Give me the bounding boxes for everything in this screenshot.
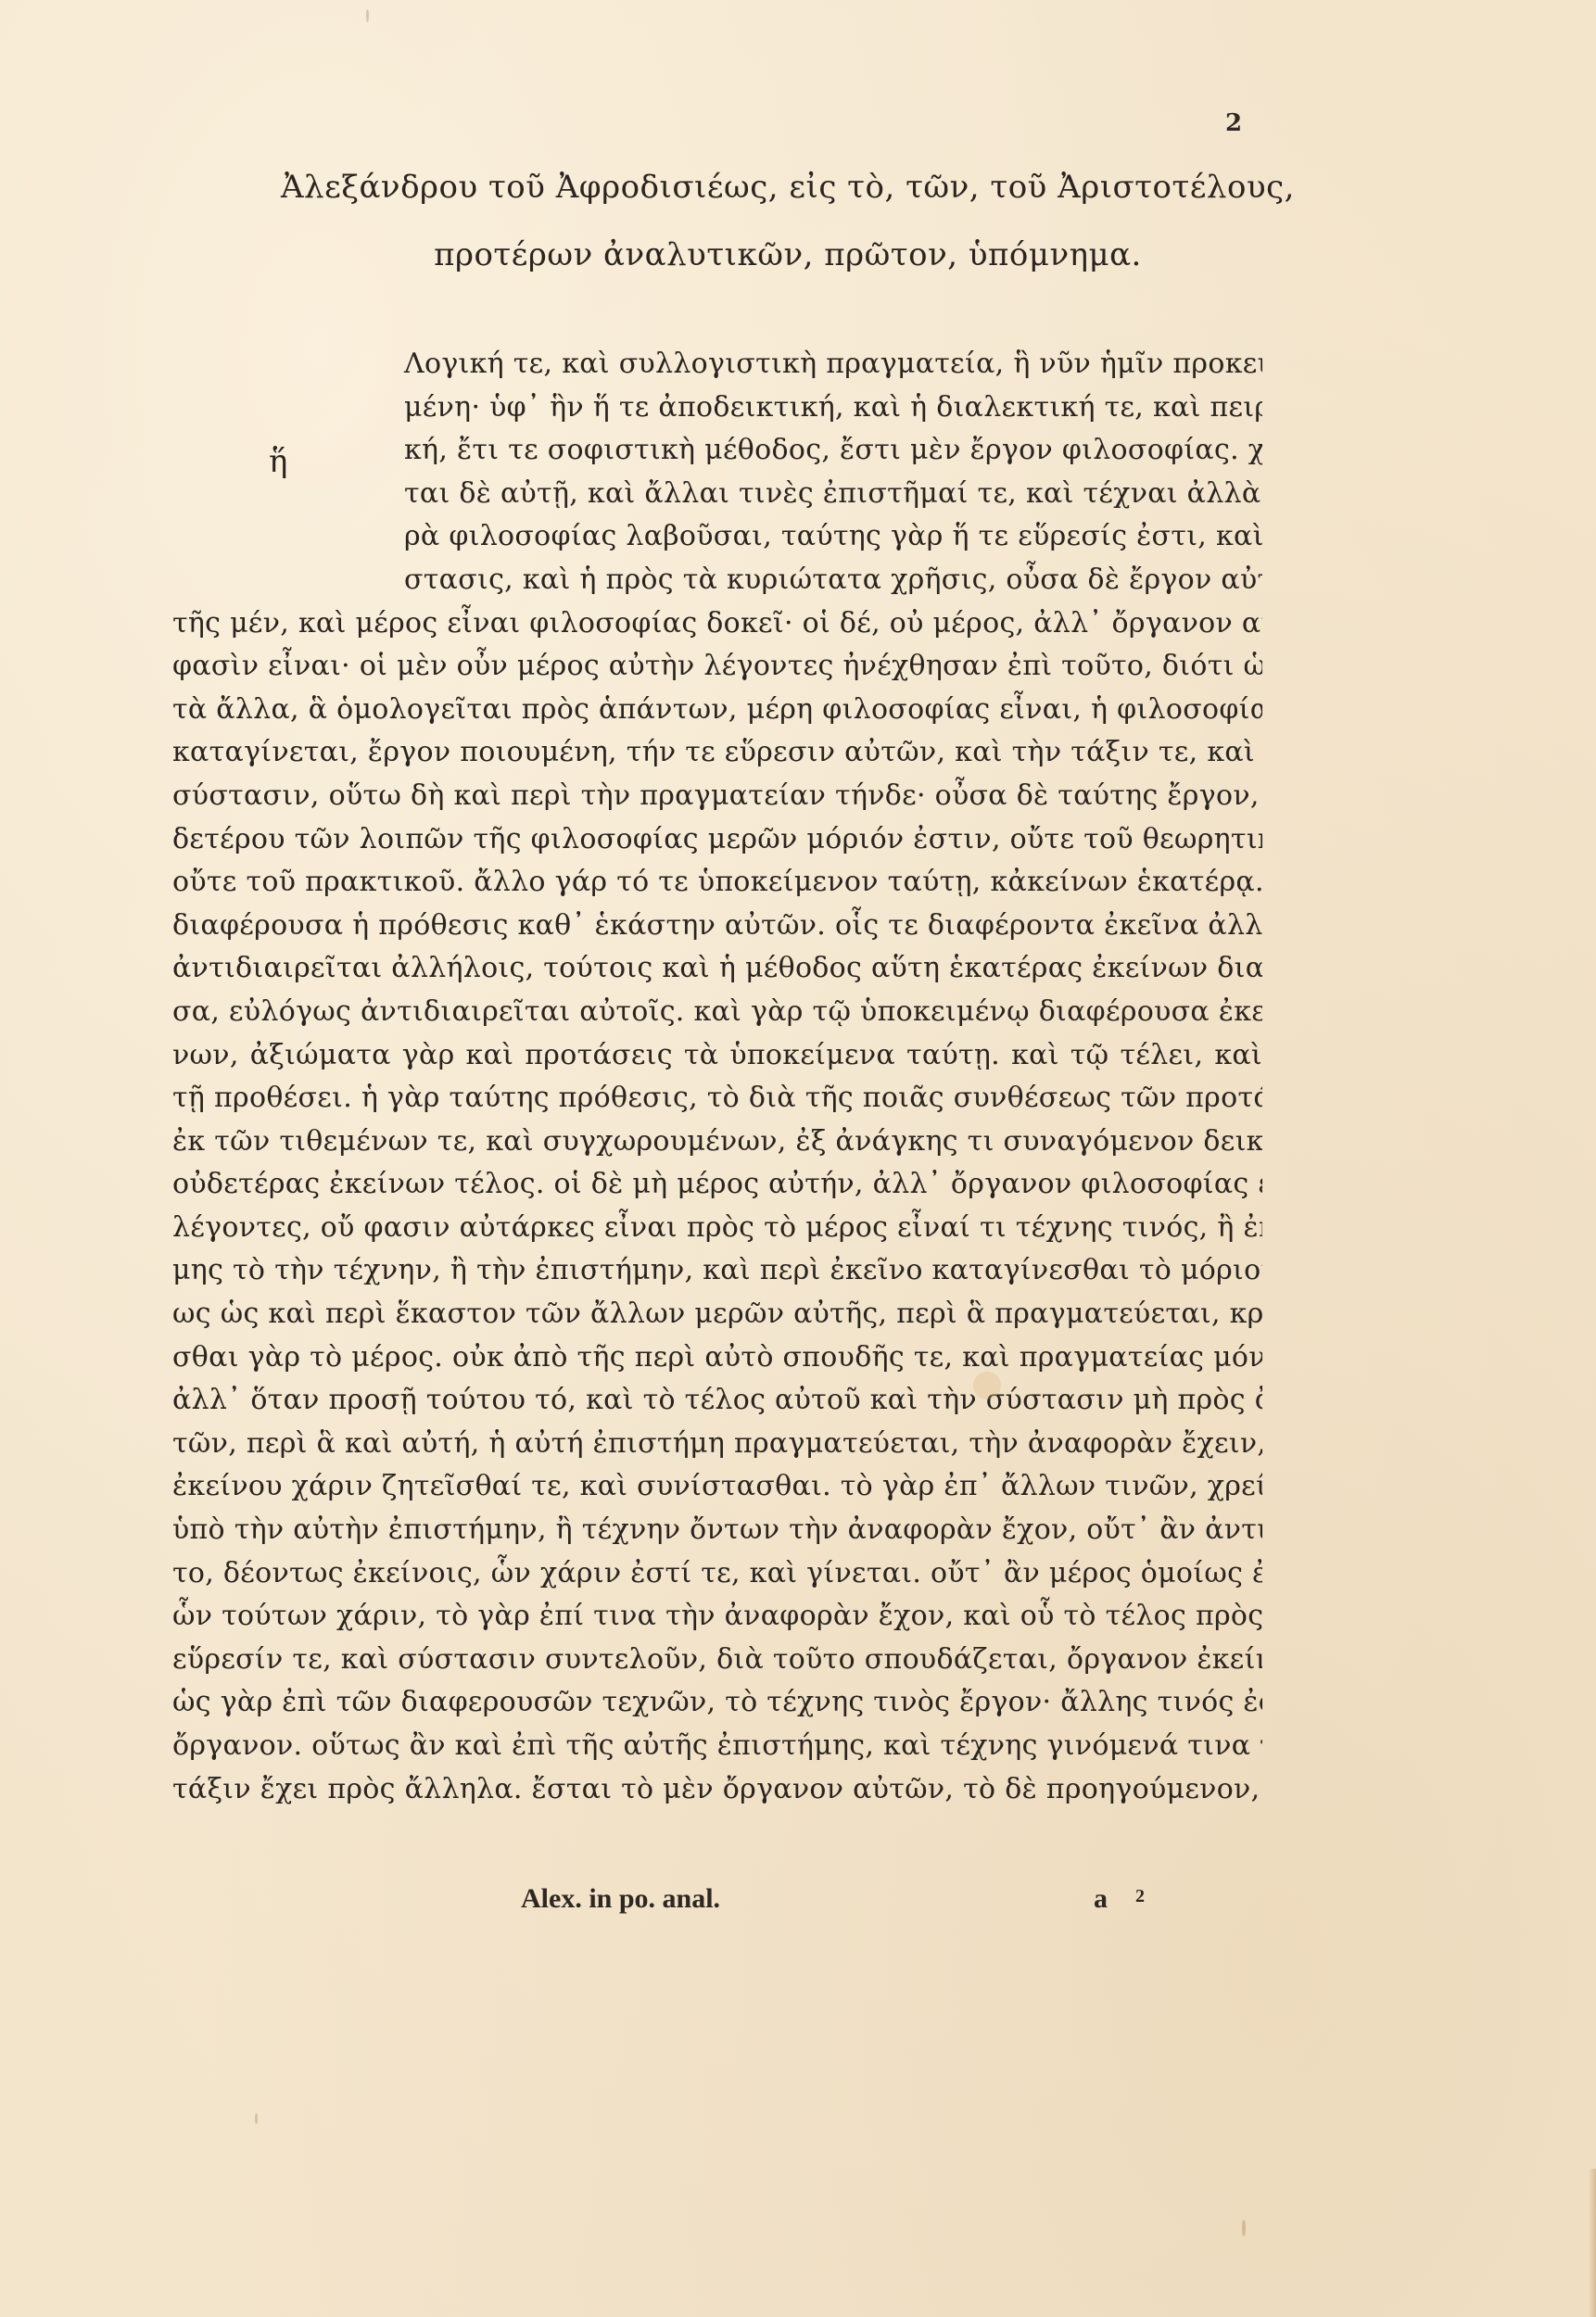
paper-speck (1242, 2220, 1246, 2236)
signature-number: 2 (1135, 1886, 1145, 1906)
text-line: τῆς μέν, καὶ μέρος εἶναι φιλοσοφίας δοκε… (172, 602, 1262, 646)
text-line: κή, ἔτι τε σοφιστικὴ μέθοδος, ἔστι μὲν ἔ… (172, 429, 1262, 473)
text-line: Λογική τε, καὶ συλλογιστικὴ πραγματεία, … (172, 343, 1262, 386)
text-line: ἀλλ᾽ ὅταν προσῇ τούτου τό, καὶ τὸ τέλος … (172, 1379, 1262, 1423)
signature-mark: a2 (1094, 1883, 1145, 1915)
text-line: δετέρου τῶν λοιπῶν τῆς φιλοσοφίας μερῶν … (172, 818, 1262, 862)
text-line: τῇ προθέσει. ἡ γὰρ ταύτης πρόθεσις, τὸ δ… (172, 1077, 1262, 1121)
body-text: Λογική τε, καὶ συλλογιστικὴ πραγματεία, … (172, 343, 1262, 1811)
text-line: τάξιν ἔχει πρὸς ἄλληλα. ἔσται τὸ μὲν ὄργ… (172, 1768, 1262, 1812)
text-line: στασις, καὶ ἡ πρὸς τὰ κυριώτατα χρῆσις, … (172, 559, 1262, 602)
signature-letter: a (1094, 1883, 1108, 1914)
paper-speck (366, 9, 369, 22)
text-line: ἐκείνου χάριν ζητεῖσθαί τε, καὶ συνίστασ… (172, 1465, 1262, 1509)
text-line: ἐκ τῶν τιθεμένων τε, καὶ συγχωρουμένων, … (172, 1121, 1262, 1164)
footer-line: Alex. in po. anal. a2 (0, 1883, 1596, 1920)
page-edge-shadow (1589, 2169, 1596, 2317)
text-line: φασὶν εἶναι· οἱ μὲν οὖν μέρος αὐτὴν λέγο… (172, 645, 1262, 689)
text-line: οὐδετέρας ἐκείνων τέλος. οἱ δὲ μὴ μέρος … (172, 1163, 1262, 1207)
text-line: ὧν τούτων χάριν, τὸ γὰρ ἐπί τινα τὴν ἀνα… (172, 1595, 1262, 1639)
folio-number: 2 (1225, 109, 1242, 137)
text-line: ται δὲ αὐτῇ, καὶ ἄλλαι τινὲς ἐπιστῆμαί τ… (172, 473, 1262, 516)
paper-speck (973, 1372, 1001, 1399)
text-line: ἀντιδιαιρεῖται ἀλλήλοις, τούτοις καὶ ἡ μ… (172, 947, 1262, 991)
page-title-line-2: προτέρων ἀναλυτικῶν, πρῶτον, ὑπόμνημα. (185, 236, 1390, 273)
text-line: το, δέοντως ἐκείνοις, ὧν χάριν ἐστί τε, … (172, 1552, 1262, 1596)
text-line: εὕρεσίν τε, καὶ σύστασιν συντελοῦν, διὰ … (172, 1639, 1262, 1682)
text-line: καταγίνεται, ἔργον ποιουμένη, τήν τε εὕρ… (172, 731, 1262, 775)
text-line: μης τὸ τὴν τέχνην, ἢ τὴν ἐπιστήμην, καὶ … (172, 1249, 1262, 1293)
text-line: σύστασιν, οὕτω δὴ καὶ περὶ τὴν πραγματεί… (172, 775, 1262, 818)
text-line: ὄργανον. οὕτως ἂν καὶ ἐπὶ τῆς αὐτῆς ἐπισ… (172, 1725, 1262, 1768)
text-line: ως ὡς καὶ περὶ ἕκαστον τῶν ἄλλων μερῶν α… (172, 1293, 1262, 1336)
text-line: ὑπὸ τὴν αὐτὴν ἐπιστήμην, ἢ τέχνην ὄντων … (172, 1509, 1262, 1552)
text-line: σα, εὐλόγως ἀντιδιαιρεῖται αὐτοῖς. καὶ γ… (172, 991, 1262, 1034)
text-line: νων, ἀξιώματα γὰρ καὶ προτάσεις τὰ ὑποκε… (172, 1034, 1262, 1078)
text-line: διαφέρουσα ἡ πρόθεσις καθ᾽ ἑκάστην αὐτῶν… (172, 905, 1262, 948)
page-title-line-1: Ἀλεξάνδρου τοῦ Ἀφροδισιέως, εἰς τὸ, τῶν,… (185, 169, 1390, 206)
text-line: τὰ ἄλλα, ἃ ὁμολογεῖται πρὸς ἁπάντων, μέρ… (172, 689, 1262, 732)
text-line: μένη· ὑφ᾽ ἣν ἥ τε ἀποδεικτική, καὶ ἡ δια… (172, 386, 1262, 430)
catchword: Alex. in po. anal. (521, 1883, 720, 1915)
text-line: σθαι γὰρ τὸ μέρος. οὐκ ἀπὸ τῆς περὶ αὐτὸ… (172, 1336, 1262, 1380)
paper-speck (255, 2113, 258, 2124)
text-line: ὡς γὰρ ἐπὶ τῶν διαφερουσῶν τεχνῶν, τὸ τέ… (172, 1681, 1262, 1725)
text-line: ρὰ φιλοσοφίας λαβοῦσαι, ταύτης γὰρ ἥ τε … (172, 515, 1262, 559)
text-line: οὔτε τοῦ πρακτικοῦ. ἄλλο γάρ τό τε ὑποκε… (172, 861, 1262, 905)
text-line: λέγοντες, οὔ φασιν αὐτάρκες εἶναι πρὸς τ… (172, 1207, 1262, 1250)
text-line: τῶν, περὶ ἃ καὶ αὐτή, ἡ αὐτή ἐπιστήμη πρ… (172, 1423, 1262, 1466)
